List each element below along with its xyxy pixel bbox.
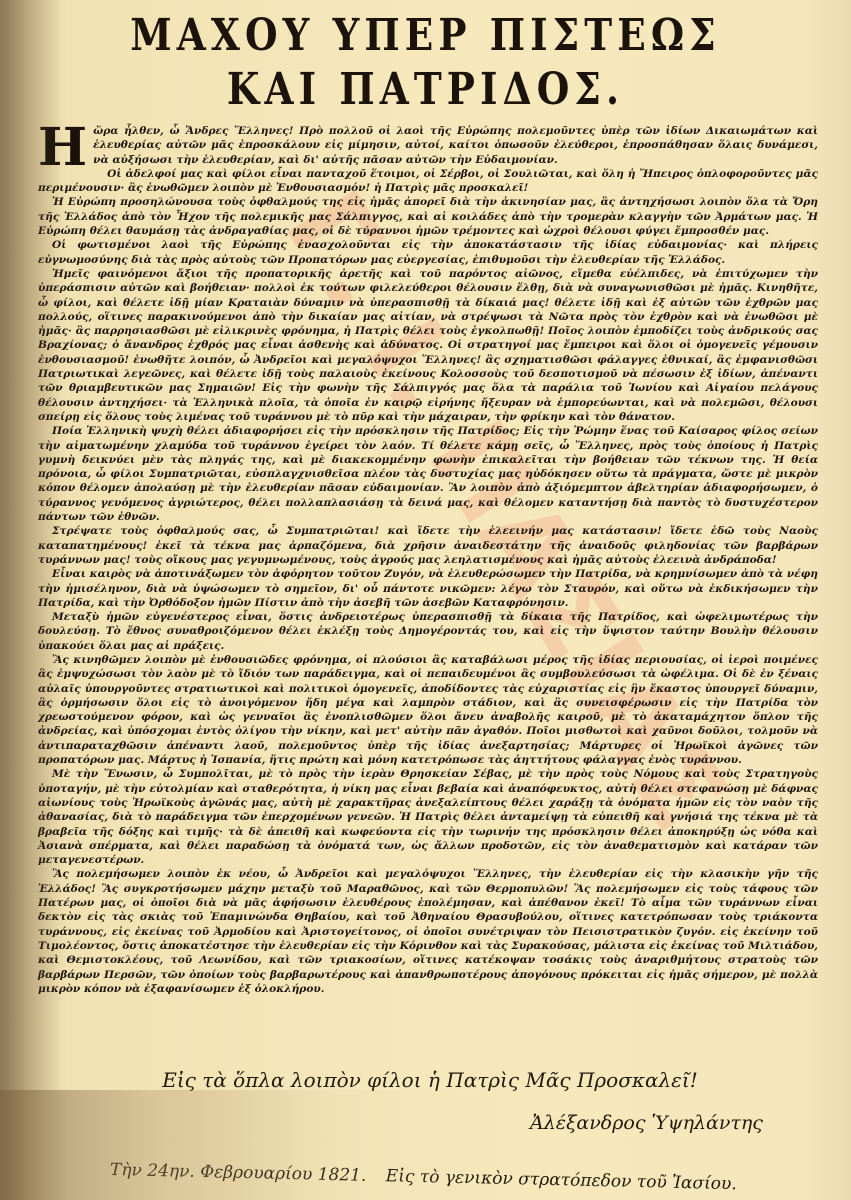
paragraph-7: Στρέψατε τοὺς ὀφθαλμούς σας, ὦ Συμπατριῶ… bbox=[38, 524, 818, 567]
title-line-2: ΚΑΙ ΠΑΤΡΙΔΟΣ. bbox=[64, 64, 787, 115]
paragraph-10: Ἂς κινηθῶμεν λοιπὸν μὲ ἐνθουσιῶδες φρόνη… bbox=[38, 653, 818, 767]
proclamation-page: Γ. Ι. ΠΑΣΙΑΣ ΜΑΧΟΥ ΥΠΕΡ ΠΙΣΤΕΩΣ ΚΑΙ ΠΑΤΡ… bbox=[0, 0, 851, 1200]
date: Τὴν 24ην. Φεβρουαρίου 1821. bbox=[110, 1160, 367, 1186]
place: Εἰς τὸ γενικὸν στρατόπεδον τοῦ Ἰασίου. bbox=[386, 1166, 737, 1194]
paragraph-12: Ἂς πολεμήσωμεν λοιπὸν ἐκ νέου, ὦ Ἀνδρεῖο… bbox=[38, 867, 818, 996]
drop-cap: Η bbox=[38, 128, 87, 168]
paragraph-6: Ποία Ἑλληνικὴ ψυχὴ θέλει ἀδιαφορήσει εἰς… bbox=[38, 424, 818, 524]
proclamation-body: Ηὥρα ἦλθεν, ὦ Ἄνδρες Ἕλληνες! Πρὸ πολλοῦ… bbox=[38, 124, 818, 996]
dateline: Τὴν 24ην. Φεβρουαρίου 1821. Εἰς τὸ γενικ… bbox=[110, 1160, 830, 1196]
paragraph-4: Οἱ φωτισμένοι λαοὶ τῆς Εὐρώπης ἐνασχολοῦ… bbox=[38, 238, 818, 267]
paragraph-8: Εἶναι καιρὸς νὰ ἀποτινάξωμεν τὸν ἀφόρητο… bbox=[38, 567, 818, 610]
signature: Ἀλέξανδρος Ὑψηλάντης bbox=[530, 1112, 763, 1134]
paragraph-9: Μεταξὺ ἡμῶν εὐγενέστερος εἶναι, ὅστις ἀν… bbox=[38, 610, 818, 653]
paragraph-5: Ἡμεῖς φαινόμενοι ἄξιοι τῆς προπατορικῆς … bbox=[38, 267, 818, 424]
paragraph-2: Οἱ ἀδελφοί μας καὶ φίλοι εἶναι πανταχοῦ … bbox=[38, 167, 818, 196]
closing-call: Εἰς τὰ ὅπλα λοιπὸν φίλοι ἡ Πατρὶς Μᾶς Πρ… bbox=[80, 1068, 780, 1092]
paragraph-11: Μὲ τὴν Ἕνωσιν, ὦ Συμπολῖται, μὲ τὸ πρὸς … bbox=[38, 767, 818, 867]
paragraph-3: Ἡ Εὐρώπη προσηλώνουσα τοὺς ὀφθαλμούς της… bbox=[38, 195, 818, 238]
paragraph-1: Ηὥρα ἦλθεν, ὦ Ἄνδρες Ἕλληνες! Πρὸ πολλοῦ… bbox=[38, 124, 818, 167]
title-line-1: ΜΑΧΟΥ ΥΠΕΡ ΠΙΣΤΕΩΣ bbox=[64, 10, 787, 61]
